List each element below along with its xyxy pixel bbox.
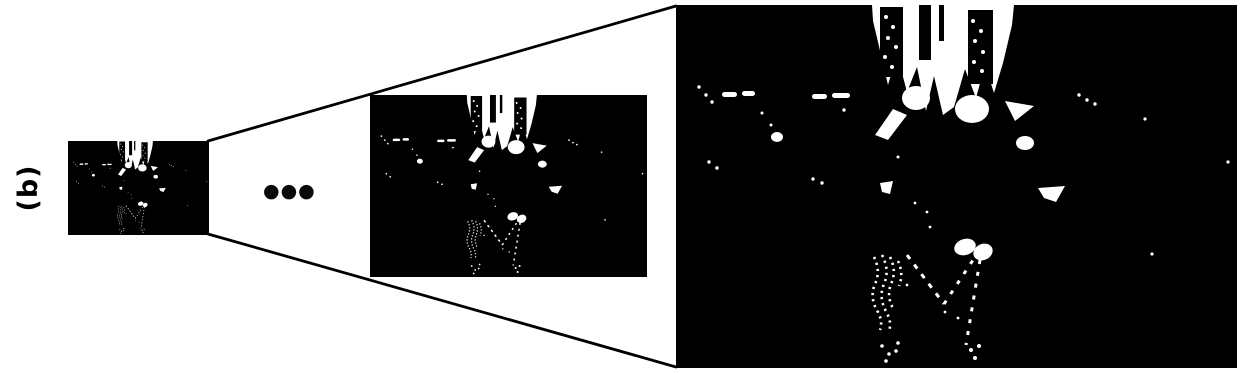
ellipsis-dots: ●●● bbox=[263, 181, 316, 202]
scale-image-medium bbox=[370, 95, 647, 277]
scale-image-small bbox=[68, 141, 209, 235]
multiscale-pyramid-figure: (b) ●●● bbox=[0, 0, 1240, 373]
scale-image-large bbox=[676, 5, 1237, 368]
